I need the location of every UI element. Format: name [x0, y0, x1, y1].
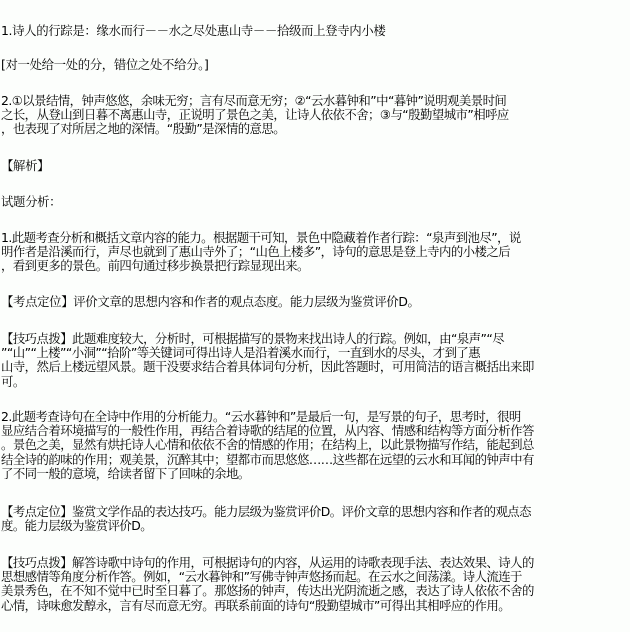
answer-item-1-scoring-note: [对一处给一处的分，错位之处不给分。]	[1, 58, 630, 72]
answer-item-1: 1.诗人的行踪是：缘水而行－－水之尽处惠山寺－－拾级而上登寺内小楼	[1, 24, 630, 38]
text-line: 。景色之美，显然有烘托诗人心情和依依不舍的情感的作用；在结构上，以此景物描写作结…	[1, 438, 630, 452]
analysis-subheader: 试题分析：	[1, 195, 630, 209]
analysis-header: 【解析】	[1, 159, 630, 173]
q2-jiqiao-dianbo: 【技巧点拨】解答诗歌中诗句的作用，可根据诗句的内容，从运用的诗歌表现手法、表达效…	[1, 556, 630, 613]
text-line: 1.诗人的行踪是：缘水而行－－水之尽处惠山寺－－拾级而上登寺内小楼	[1, 24, 630, 38]
text-line: 【考点定位】评价文章的思想内容和作者的观点态度。能力层级为鉴赏评价D。	[1, 295, 630, 309]
q1-kaodian-dingwei: 【考点定位】评价文章的思想内容和作者的观点态度。能力层级为鉴赏评价D。	[1, 295, 630, 309]
text-line: 了不同一般的意境，给读者留下了回味的余地。	[1, 467, 630, 481]
text-line: 山寺，然后上楼远望风景。题干没要求结合着具体词句分析，因此答题时，可用简洁的语言…	[1, 360, 630, 374]
text-line: ”“山”“上楼”“小洞”“拾阶”等关键词可得出诗人是沿着溪水而行，一直到水的尽头…	[1, 346, 630, 360]
text-line: 2.①以景结情，钟声悠悠，余味无穷；言有尽而意无穷；②“云水暮钟和”中“暮钟”说…	[1, 94, 630, 108]
text-line: 思想感情等角度分析作答。例如，“云水暮钟和”写佛寺钟声悠扬而起。在云水之间荡漾。…	[1, 570, 630, 584]
text-line: 之长，从登山到日暮不离惠山寺，正说明了景色之美，让诗人依依不舍；③与“殷勤望城市…	[1, 108, 630, 122]
text-line: 显应结合着环境描写的一般性作用，再结合着诗歌的结尾的位置，从内容、情感和结构等方…	[1, 424, 630, 438]
q1-analysis-body: 1.此题考查分析和概括文章内容的能力。根据题干可知，景色中隐藏着作者行踪：“泉声…	[1, 231, 630, 274]
text-line: 可。	[1, 375, 630, 389]
q2-analysis-body: 2.此题考查诗句在全诗中作用的分析能力。“云水暮钟和”是最后一句，是写景的句子，…	[1, 410, 630, 481]
section-subheading: 试题分析：	[1, 195, 630, 209]
answer-item-2: 2.①以景结情，钟声悠悠，余味无穷；言有尽而意无穷；②“云水暮钟和”中“暮钟”说…	[1, 94, 630, 137]
text-line: ，看到更多的景色。前四句通过移步换景把行踪显现出来。	[1, 259, 630, 273]
text-line: 美景秀色，在不知不觉中已时至日暮了。那悠扬的钟声，传达出光阴流逝之感，表达了诗人…	[1, 584, 630, 598]
text-line: 1.此题考查分析和概括文章内容的能力。根据题干可知，景色中隐藏着作者行踪：“泉声…	[1, 231, 630, 245]
text-line: 2.此题考查诗句在全诗中作用的分析能力。“云水暮钟和”是最后一句，是写景的句子，…	[1, 410, 630, 424]
text-line: ，也表现了对所居之地的深情。“殷勤”是深情的意思。	[1, 122, 630, 136]
text-line: 【考点定位】鉴赏文学作品的表达技巧。能力层级为鉴赏评价D。评价文章的思想内容和作…	[1, 505, 630, 519]
text-line: 心情，诗味愈发醇永，言有尽而意无穷。再联系前面的诗句“殷勤望城市”可得出其相呼应…	[1, 599, 630, 613]
text-line: 【技巧点拨】解答诗歌中诗句的作用，可根据诗句的内容，从运用的诗歌表现手法、表达效…	[1, 556, 630, 570]
q2-kaodian-dingwei: 【考点定位】鉴赏文学作品的表达技巧。能力层级为鉴赏评价D。评价文章的思想内容和作…	[1, 505, 630, 533]
text-line: [对一处给一处的分，错位之处不给分。]	[1, 58, 630, 72]
section-heading: 【解析】	[1, 159, 630, 173]
text-line: 明作者是沿溪而行，声尽也就到了惠山寺外了；“山色上楼多”，诗句的意思是登上寺内的…	[1, 245, 630, 259]
text-line: 结全诗的韵味的作用；观美景，沉醉其中；望都市而思悠悠……这些都在远望的云水和耳闻…	[1, 453, 630, 467]
text-line: 【技巧点拨】此题难度较大，分析时，可根据描写的景物来找出诗人的行踪。例如，由“泉…	[1, 332, 630, 346]
text-line: 度。能力层级为鉴赏评价D。	[1, 519, 630, 533]
q1-jiqiao-dianbo: 【技巧点拨】此题难度较大，分析时，可根据描写的景物来找出诗人的行踪。例如，由“泉…	[1, 332, 630, 389]
